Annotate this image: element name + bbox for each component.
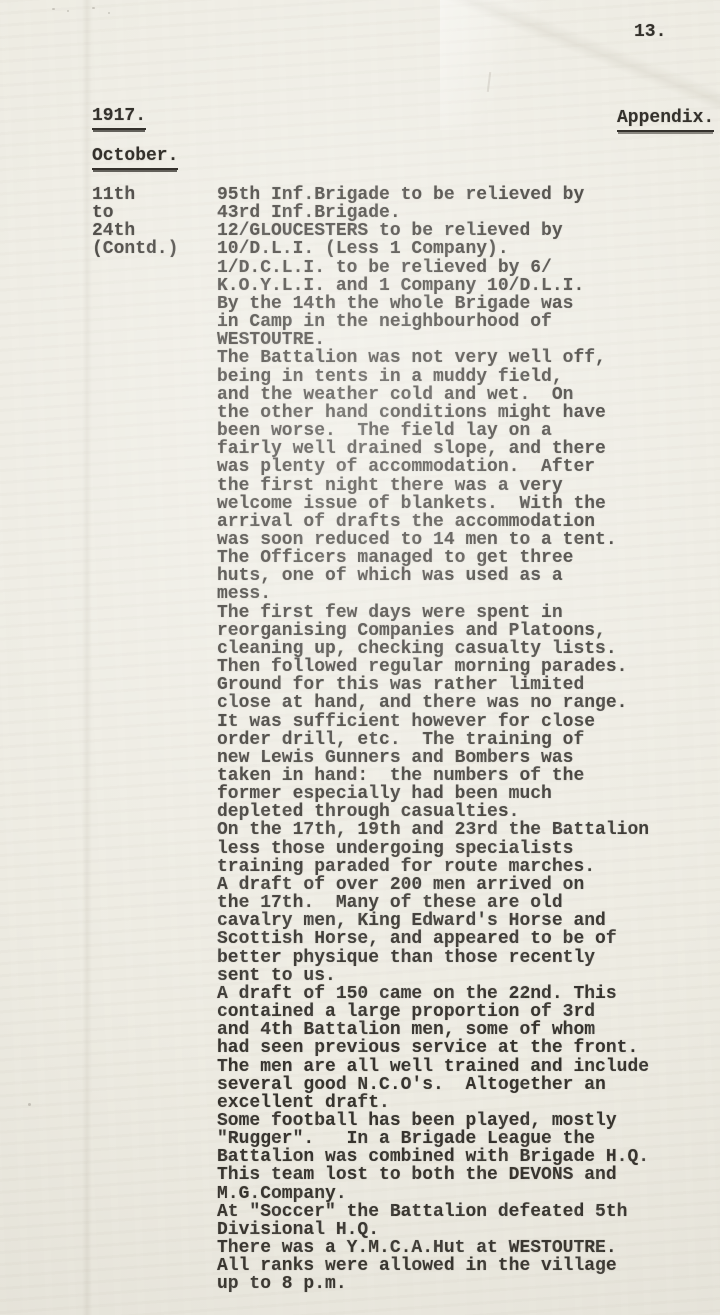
margin-note-line: to bbox=[92, 204, 178, 222]
body-line: depleted through casualties. bbox=[217, 803, 649, 821]
margin-note-line: (Contd.) bbox=[92, 240, 178, 258]
body-line: The first few days were spent in bbox=[217, 604, 649, 622]
body-line: had seen previous service at the front. bbox=[217, 1039, 649, 1057]
body-line: several good N.C.O's. Altogether an bbox=[217, 1076, 649, 1094]
body-line: welcome issue of blankets. With the bbox=[217, 495, 649, 513]
paper-crease-vertical bbox=[82, 0, 92, 1315]
body-line: the 17th. Many of these are old bbox=[217, 894, 649, 912]
body-line: and the weather cold and wet. On bbox=[217, 386, 649, 404]
body-line: been worse. The field lay on a bbox=[217, 422, 649, 440]
body-line: reorganising Companies and Platoons, bbox=[217, 622, 649, 640]
body-line: fairly well drained slope, and there bbox=[217, 440, 649, 458]
body-line: 10/D.L.I. (Less 1 Company). bbox=[217, 240, 649, 258]
body-line: up to 8 p.m. bbox=[217, 1275, 649, 1293]
body-line: Ground for this was rather limited bbox=[217, 676, 649, 694]
body-line: Scottish Horse, and appeared to be of bbox=[217, 930, 649, 948]
body-line: was soon reduced to 14 men to a tent. bbox=[217, 531, 649, 549]
paper-speck bbox=[52, 8, 55, 10]
body-line: A draft of 150 came on the 22nd. This bbox=[217, 985, 649, 1003]
body-line: The Officers managed to get three bbox=[217, 549, 649, 567]
body-line: former especially had been much bbox=[217, 785, 649, 803]
paper-speck bbox=[28, 1103, 31, 1106]
year-heading: 1917. bbox=[92, 106, 146, 130]
body-line: This team lost to both the DEVONS and bbox=[217, 1166, 649, 1184]
body-line: Some football has been played, mostly bbox=[217, 1112, 649, 1130]
body-line: 43rd Inf.Brigade. bbox=[217, 204, 649, 222]
body-line: better physique than those recently bbox=[217, 949, 649, 967]
body-line: 95th Inf.Brigade to be relieved by bbox=[217, 186, 649, 204]
appendix-label: Appendix. bbox=[617, 108, 714, 132]
body-line: new Lewis Gunners and Bombers was bbox=[217, 749, 649, 767]
paper-speck bbox=[67, 10, 69, 12]
body-line: was plenty of accommodation. After bbox=[217, 458, 649, 476]
diary-body-text: 95th Inf.Brigade to be relieved by43rd I… bbox=[217, 186, 649, 1294]
body-line: WESTOUTRE. bbox=[217, 331, 649, 349]
body-line: the first night there was a very bbox=[217, 477, 649, 495]
body-line: close at hand, and there was no range. bbox=[217, 694, 649, 712]
body-line: cavalry men, King Edward's Horse and bbox=[217, 912, 649, 930]
paper-speck bbox=[108, 12, 110, 14]
margin-date-note: 11thto24th(Contd.) bbox=[92, 186, 178, 259]
page-number: 13. bbox=[634, 22, 666, 42]
body-line: At "Soccer" the Battalion defeated 5th bbox=[217, 1203, 649, 1221]
body-line: and 4th Battalion men, some of whom bbox=[217, 1021, 649, 1039]
body-line: excellent draft. bbox=[217, 1094, 649, 1112]
body-line: A draft of over 200 men arrived on bbox=[217, 876, 649, 894]
body-line: The men are all well trained and include bbox=[217, 1058, 649, 1076]
body-line: order drill, etc. The training of bbox=[217, 731, 649, 749]
body-line: training paraded for route marches. bbox=[217, 858, 649, 876]
paper-smudge-mark bbox=[487, 72, 491, 92]
paper-speck bbox=[92, 7, 95, 9]
body-line: On the 17th, 19th and 23rd the Battalion bbox=[217, 821, 649, 839]
body-line: The Battalion was not very well off, bbox=[217, 349, 649, 367]
body-line: 1/D.C.L.I. to be relieved by 6/ bbox=[217, 259, 649, 277]
body-line: There was a Y.M.C.A.Hut at WESTOUTRE. bbox=[217, 1239, 649, 1257]
body-line: All ranks were allowed in the village bbox=[217, 1257, 649, 1275]
body-line: being in tents in a muddy field, bbox=[217, 368, 649, 386]
body-line: "Rugger". In a Brigade League the bbox=[217, 1130, 649, 1148]
document-page: 13. 1917. Appendix. October. 11thto24th(… bbox=[0, 0, 720, 1315]
body-line: in Camp in the neighbourhood of bbox=[217, 313, 649, 331]
body-line: Battalion was combined with Brigade H.Q. bbox=[217, 1148, 649, 1166]
margin-note-line: 24th bbox=[92, 222, 178, 240]
body-line: It was sufficient however for close bbox=[217, 713, 649, 731]
body-line: By the 14th the whole Brigade was bbox=[217, 295, 649, 313]
body-line: taken in hand: the numbers of the bbox=[217, 767, 649, 785]
month-heading: October. bbox=[92, 146, 178, 170]
body-line: K.O.Y.L.I. and 1 Company 10/D.L.I. bbox=[217, 277, 649, 295]
body-line: mess. bbox=[217, 585, 649, 603]
body-line: cleaning up, checking casualty lists. bbox=[217, 640, 649, 658]
body-line: the other hand conditions might have bbox=[217, 404, 649, 422]
body-line: M.G.Company. bbox=[217, 1185, 649, 1203]
body-line: arrival of drafts the accommodation bbox=[217, 513, 649, 531]
body-line: 12/GLOUCESTERS to be relieved by bbox=[217, 222, 649, 240]
body-line: less those undergoing specialists bbox=[217, 840, 649, 858]
margin-note-line: 11th bbox=[92, 186, 178, 204]
body-line: sent to us. bbox=[217, 967, 649, 985]
body-line: Divisional H.Q. bbox=[217, 1221, 649, 1239]
body-line: huts, one of which was used as a bbox=[217, 567, 649, 585]
body-line: Then followed regular morning parades. bbox=[217, 658, 649, 676]
body-line: contained a large proportion of 3rd bbox=[217, 1003, 649, 1021]
